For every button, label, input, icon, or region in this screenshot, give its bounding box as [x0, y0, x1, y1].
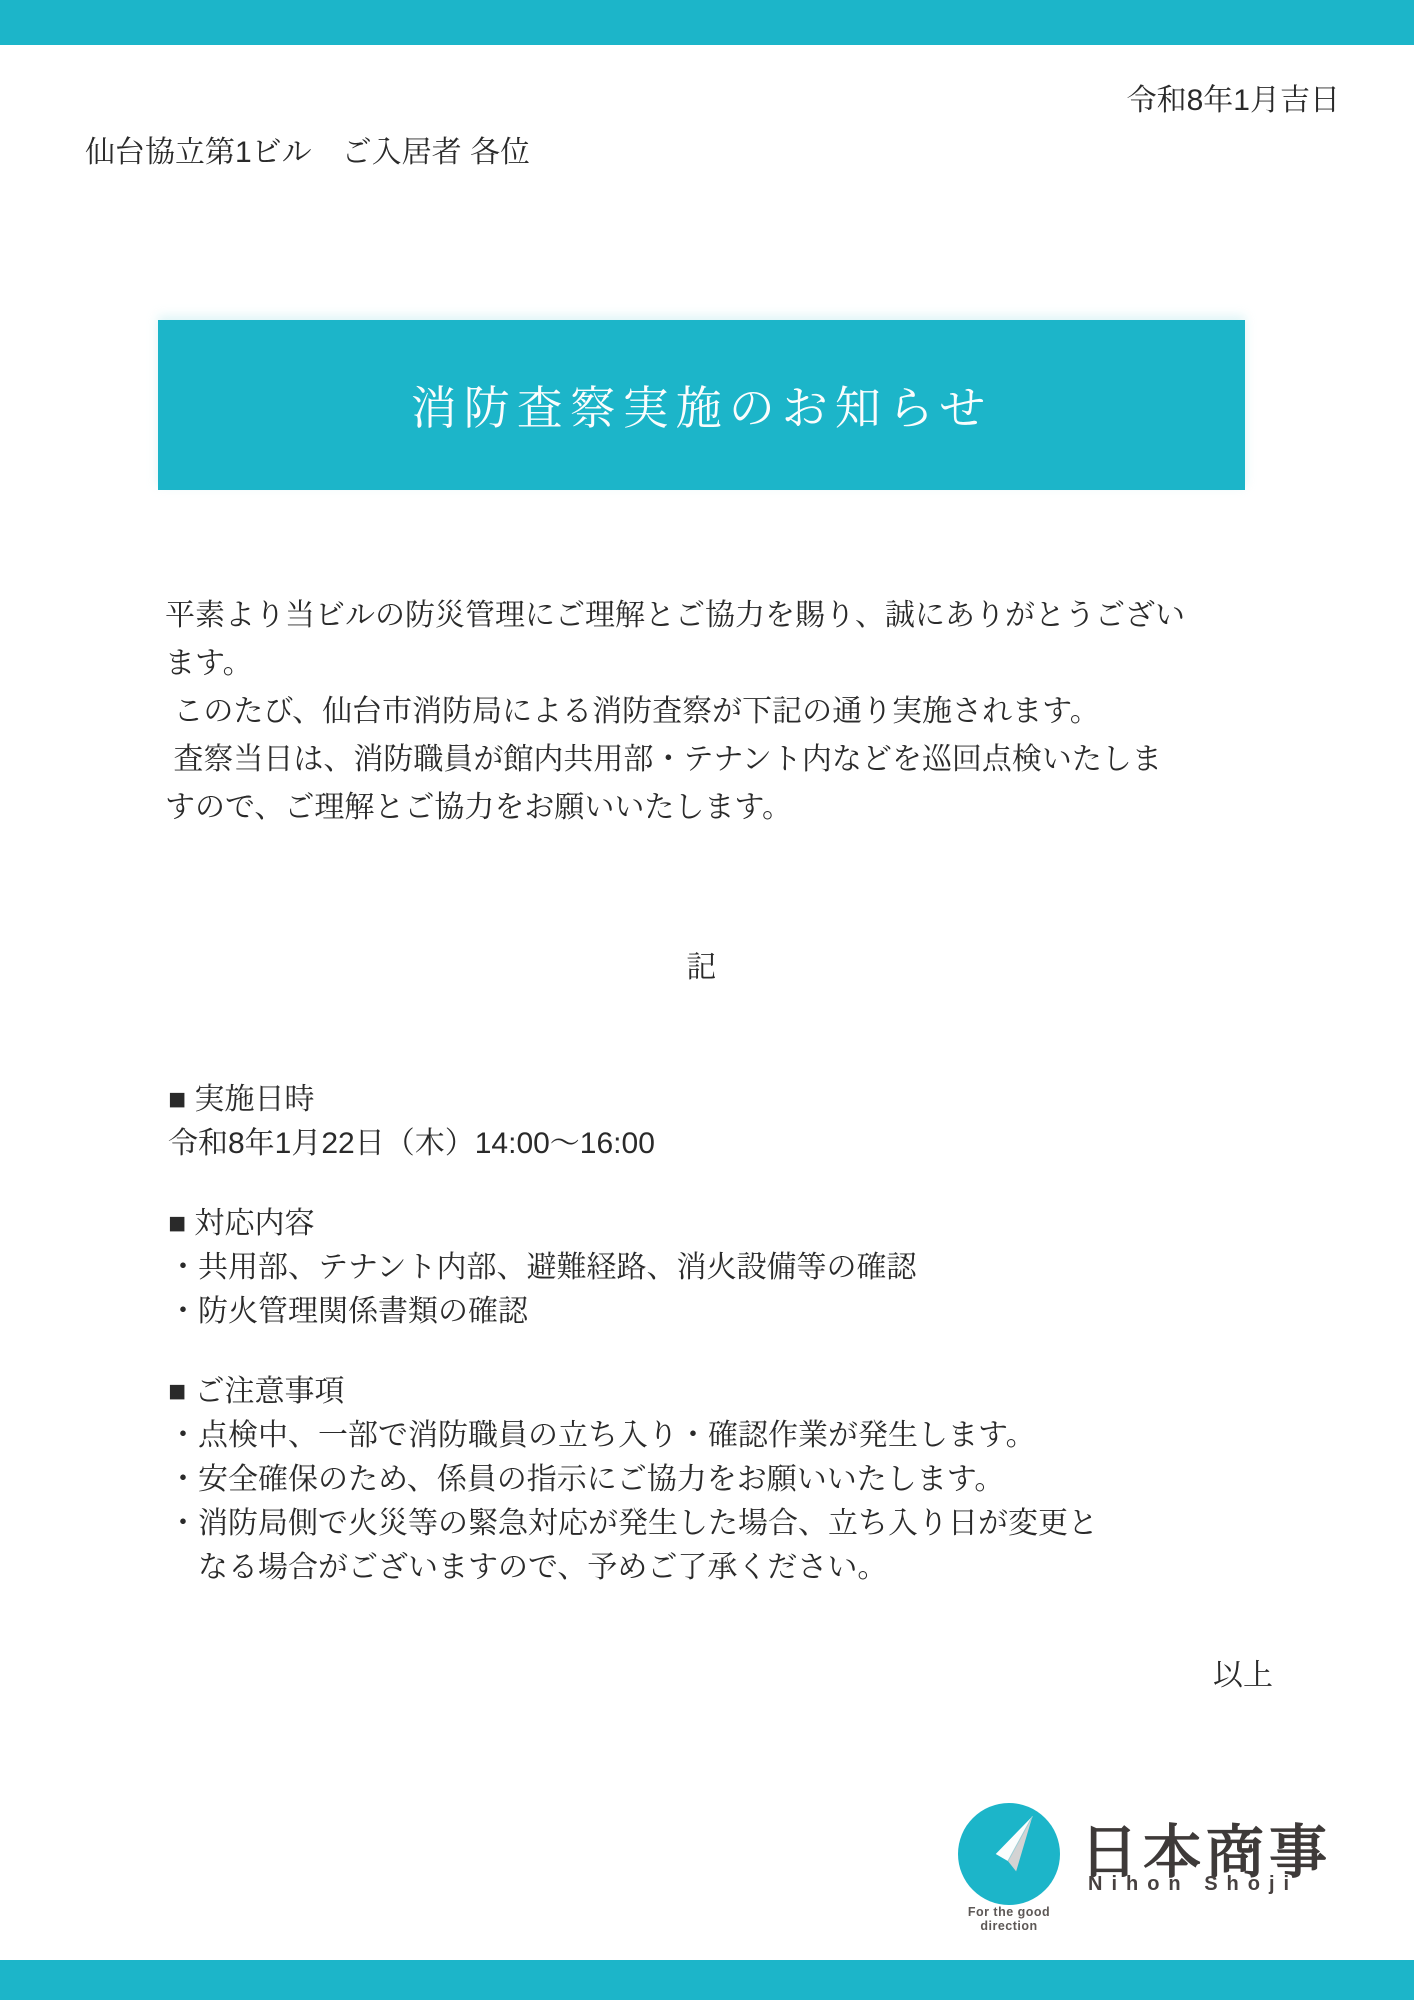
section-line: ・消防局側で火災等の緊急対応が発生した場合、立ち入り日が変更と	[168, 1502, 1288, 1546]
issue-date: 令和8年1月吉日	[1127, 84, 1340, 118]
record-marker: 記	[158, 942, 1245, 986]
notice-title-banner: 消防査察実施のお知らせ	[158, 320, 1245, 490]
section-line: ・点検中、一部で消防職員の立ち入り・確認作業が発生します。	[168, 1414, 1288, 1458]
detail-sections: ■ 実施日時 令和8年1月22日（木）14:00～16:00 ■ 対応内容 ・共…	[168, 1078, 1288, 1626]
fire-inspection-notice-document: 令和8年1月吉日 仙台協立第1ビル ご入居者 各位 消防査察実施のお知らせ 平素…	[0, 0, 1414, 2000]
section-heading: ■ 実施日時	[168, 1078, 1288, 1122]
section-heading: ■ 対応内容	[168, 1202, 1288, 1246]
body-line: ます。	[165, 640, 1285, 688]
body-line: このたび、仙台市消防局による消防査察が下記の通り実施されます。	[165, 688, 1285, 736]
company-logo: 日本商事 Nihon Shoji For the good direction	[938, 1795, 1358, 1935]
section-line: なる場合がございますので、予めご了承ください。	[168, 1546, 1288, 1590]
paper-plane-icon	[958, 1803, 1060, 1905]
section-line: ・防火管理関係書類の確認	[168, 1290, 1288, 1334]
body-paragraph: 平素より当ビルの防災管理にご理解とご協力を賜り、誠にありがとうござい ます。 こ…	[165, 592, 1285, 832]
section-schedule: ■ 実施日時 令和8年1月22日（木）14:00～16:00	[168, 1078, 1288, 1166]
bottom-accent-bar	[0, 1960, 1414, 2000]
top-accent-bar	[0, 0, 1414, 45]
company-name-en: Nihon Shoji	[1088, 1873, 1298, 1896]
section-line: 令和8年1月22日（木）14:00～16:00	[168, 1122, 1288, 1166]
section-contents: ■ 対応内容 ・共用部、テナント内部、避難経路、消火設備等の確認 ・防火管理関係…	[168, 1202, 1288, 1334]
recipient-line: 仙台協立第1ビル ご入居者 各位	[85, 136, 530, 170]
body-line: 平素より当ビルの防災管理にご理解とご協力を賜り、誠にありがとうござい	[165, 592, 1285, 640]
logo-tagline: For the good direction	[938, 1905, 1080, 1933]
closing-marker: 以上	[1213, 1650, 1273, 1694]
body-line: すので、ご理解とご協力をお願いいたします。	[165, 784, 1285, 832]
notice-title: 消防査察実施のお知らせ	[411, 372, 993, 438]
section-notes: ■ ご注意事項 ・点検中、一部で消防職員の立ち入り・確認作業が発生します。 ・安…	[168, 1370, 1288, 1590]
section-line: ・共用部、テナント内部、避難経路、消火設備等の確認	[168, 1246, 1288, 1290]
body-line: 査察当日は、消防職員が館内共用部・テナント内などを巡回点検いたしま	[165, 736, 1285, 784]
section-line: ・安全確保のため、係員の指示にご協力をお願いいたします。	[168, 1458, 1288, 1502]
section-heading: ■ ご注意事項	[168, 1370, 1288, 1414]
